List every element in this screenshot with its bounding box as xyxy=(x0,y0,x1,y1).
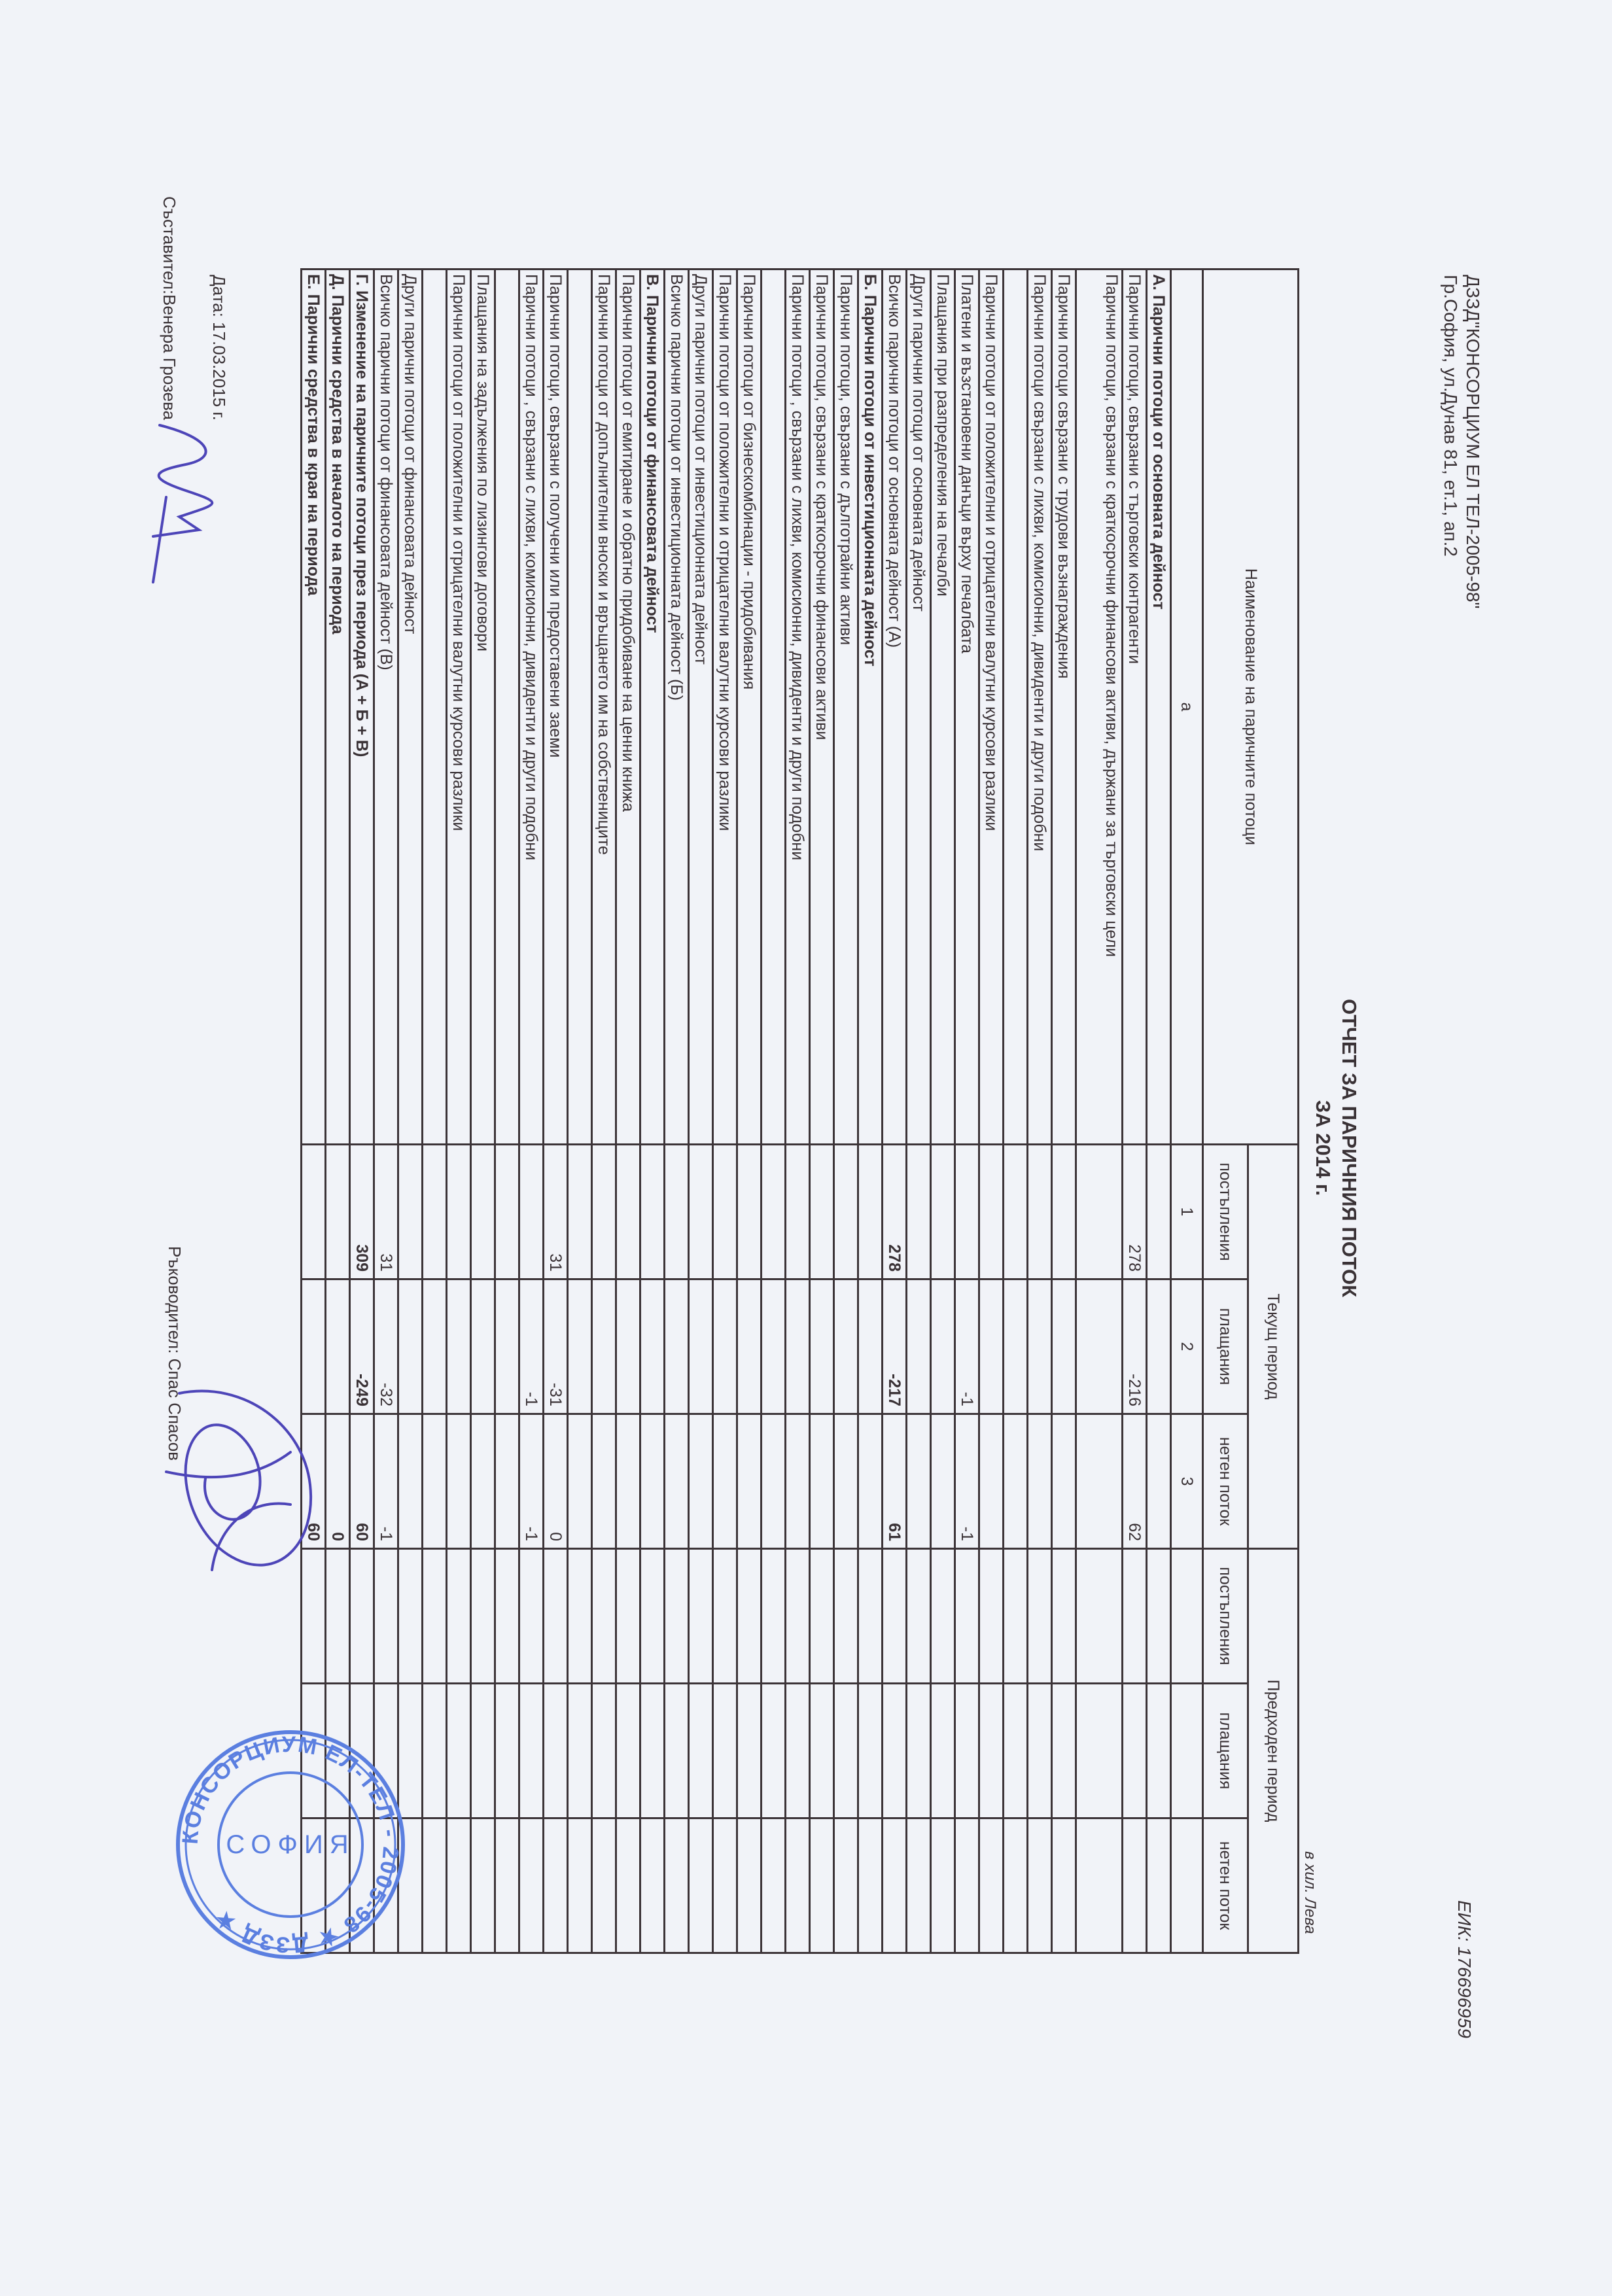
row-value xyxy=(931,1549,955,1684)
row-value: 60 xyxy=(350,1414,374,1549)
row-label: Парични потоци от бизнескомбинации - при… xyxy=(737,270,762,1145)
row-value xyxy=(858,1414,883,1549)
column-index: 3 xyxy=(1171,1414,1203,1549)
report-date: Дата: 17.03.2015 г. xyxy=(209,275,229,421)
row-value xyxy=(1028,1145,1052,1279)
table-row: Всичко парични потоци от инвестиционната… xyxy=(665,270,689,1953)
table-row: Парични потоци, свързани с краткосрочни … xyxy=(1076,270,1123,1953)
row-label: Г. Изменение на паричните потоци през пе… xyxy=(350,270,374,1145)
column-index xyxy=(1171,1818,1203,1953)
row-label: Други парични потоци от финансовата дейн… xyxy=(398,270,423,1145)
row-value xyxy=(810,1279,834,1414)
row-value xyxy=(471,1549,495,1684)
row-value xyxy=(737,1145,762,1279)
row-value xyxy=(519,1145,544,1279)
row-value xyxy=(568,1818,592,1953)
row-value xyxy=(640,1818,665,1953)
row-value xyxy=(471,1684,495,1818)
row-value xyxy=(616,1549,640,1684)
row-label: Плащания на задължения по лизингови дого… xyxy=(471,270,495,1145)
row-value xyxy=(495,1145,519,1279)
row-value xyxy=(979,1549,1004,1684)
row-label: Парични потоци, свързани с краткосрочни … xyxy=(810,270,834,1145)
column-index xyxy=(1171,1684,1203,1818)
row-value xyxy=(907,1818,931,1953)
report-title: ОТЧЕТ ЗА ПАРИЧНИЯ ПОТОК ЗА 2014 г. xyxy=(1310,0,1362,2296)
row-value xyxy=(471,1818,495,1953)
row-label: Д. Парични средства в началото на период… xyxy=(326,270,350,1145)
row-value xyxy=(689,1279,713,1414)
row-value xyxy=(1028,1279,1052,1414)
row-value xyxy=(1076,1279,1123,1414)
row-value xyxy=(1147,1145,1171,1279)
row-value xyxy=(689,1414,713,1549)
row-value xyxy=(689,1818,713,1953)
row-label: Б. Парични потоци от инвестиционната дей… xyxy=(858,270,883,1145)
row-value: -249 xyxy=(350,1279,374,1414)
row-value xyxy=(713,1818,737,1953)
table-row xyxy=(762,270,786,1953)
row-value xyxy=(1123,1684,1147,1818)
table-row: Парични потоци от емитиране и обратно пр… xyxy=(616,270,640,1953)
row-value xyxy=(640,1549,665,1684)
row-value: 278 xyxy=(883,1145,907,1279)
row-label: Всичко парични потоци от инвестиционната… xyxy=(665,270,689,1145)
row-value xyxy=(1028,1549,1052,1684)
row-value xyxy=(398,1145,423,1279)
table-row: А. Парични потоци от основната дейност xyxy=(1147,270,1171,1953)
row-value xyxy=(326,1145,350,1279)
row-value xyxy=(1004,1145,1028,1279)
row-value xyxy=(883,1549,907,1684)
table-row: Б. Парични потоци от инвестиционната дей… xyxy=(858,270,883,1953)
row-value xyxy=(374,1549,398,1684)
row-value xyxy=(810,1818,834,1953)
table-row: Парични потоци свързани с лихви, комисио… xyxy=(1028,270,1052,1953)
row-value xyxy=(495,1549,519,1684)
row-label xyxy=(423,270,447,1145)
column-index: 1 xyxy=(1171,1145,1203,1279)
row-value xyxy=(737,1818,762,1953)
row-value xyxy=(1147,1414,1171,1549)
row-value xyxy=(1076,1818,1123,1953)
row-value xyxy=(447,1279,471,1414)
row-value xyxy=(931,1279,955,1414)
table-row: Парични потоци от положителни и отрицате… xyxy=(713,270,737,1953)
table-row: Парични потоци от положителни и отрицате… xyxy=(979,270,1004,1953)
row-value xyxy=(737,1279,762,1414)
row-value xyxy=(858,1818,883,1953)
row-value xyxy=(883,1818,907,1953)
row-value xyxy=(834,1818,858,1953)
manager-signature-icon xyxy=(153,1374,330,1590)
row-value xyxy=(955,1145,979,1279)
row-label: Парични потоци, свързани с краткосрочни … xyxy=(1076,270,1123,1145)
row-label: Е. Парични средства в края на периода xyxy=(302,270,326,1145)
table-row: Всичко парични потоци от основната дейно… xyxy=(883,270,907,1953)
row-value xyxy=(955,1549,979,1684)
table-row: Парични потоци , свързани с лихви, комис… xyxy=(519,270,544,1953)
row-value xyxy=(810,1684,834,1818)
row-value xyxy=(979,1414,1004,1549)
column-subheader: нетен поток xyxy=(1203,1818,1248,1953)
row-value xyxy=(689,1549,713,1684)
row-value xyxy=(1004,1684,1028,1818)
row-value xyxy=(665,1414,689,1549)
row-value: 309 xyxy=(350,1145,374,1279)
compiler-name: Съставител:Венера Грозева xyxy=(159,196,179,420)
row-value xyxy=(1004,1414,1028,1549)
row-value: -1 xyxy=(519,1414,544,1549)
row-value xyxy=(592,1549,616,1684)
row-value xyxy=(519,1549,544,1684)
row-value xyxy=(665,1145,689,1279)
row-label: Парични потоци от емитиране и обратно пр… xyxy=(616,270,640,1145)
row-value xyxy=(640,1684,665,1818)
row-value xyxy=(713,1684,737,1818)
row-value: -1 xyxy=(519,1279,544,1414)
row-value xyxy=(907,1279,931,1414)
compiler-signature-icon xyxy=(133,419,225,589)
row-label: Парични потоци от положителни и отрицате… xyxy=(979,270,1004,1145)
row-value xyxy=(931,1414,955,1549)
column-index: а xyxy=(1171,270,1203,1145)
row-label: Други парични потоци от основната дейнос… xyxy=(907,270,931,1145)
row-value xyxy=(568,1145,592,1279)
row-value xyxy=(786,1549,810,1684)
row-value xyxy=(350,1549,374,1684)
cash-flow-statement-page: ДЗЗД"КОНСОРЦИУМ ЕЛ ТЕЛ-2005-98" Гр.София… xyxy=(0,0,1612,2296)
row-value: -216 xyxy=(1123,1279,1147,1414)
row-value: -32 xyxy=(374,1279,398,1414)
row-value xyxy=(858,1549,883,1684)
row-value xyxy=(762,1549,786,1684)
column-subheader: плащания xyxy=(1203,1279,1248,1414)
row-value: 278 xyxy=(1123,1145,1147,1279)
row-label: Парични потоци свързани с трудови възнаг… xyxy=(1052,270,1076,1145)
row-value xyxy=(592,1145,616,1279)
row-value xyxy=(979,1279,1004,1414)
row-label: Парични потоци от допълнителни вноски и … xyxy=(592,270,616,1145)
company-stamp-icon: КОНСОРЦИУМ ЕЛ-ТЕЛ - 2005-98 ★ ДЗЗД ★ СОФ… xyxy=(173,1727,408,1962)
row-value xyxy=(834,1549,858,1684)
previous-period-header: Предходен период xyxy=(1248,1549,1299,1953)
table-row xyxy=(423,270,447,1953)
row-label xyxy=(762,270,786,1145)
row-value xyxy=(1028,1414,1052,1549)
row-value: -1 xyxy=(955,1414,979,1549)
table-row: Платени и възстановени данъци върху печа… xyxy=(955,270,979,1953)
row-value xyxy=(1147,1818,1171,1953)
row-value xyxy=(762,1684,786,1818)
row-value xyxy=(544,1818,568,1953)
row-label xyxy=(568,270,592,1145)
row-value xyxy=(665,1279,689,1414)
column-subheader: постъпления xyxy=(1203,1145,1248,1279)
row-value: -1 xyxy=(374,1414,398,1549)
row-value xyxy=(447,1145,471,1279)
row-value xyxy=(398,1279,423,1414)
table-row: Парични потоци от бизнескомбинации - при… xyxy=(737,270,762,1953)
row-value xyxy=(1052,1684,1076,1818)
row-value xyxy=(568,1549,592,1684)
column-subheader: плащания xyxy=(1203,1684,1248,1818)
row-value xyxy=(762,1414,786,1549)
row-value xyxy=(447,1684,471,1818)
row-value xyxy=(1147,1279,1171,1414)
row-value xyxy=(1004,1818,1028,1953)
row-value xyxy=(810,1414,834,1549)
table-row: Плащания на задължения по лизингови дого… xyxy=(471,270,495,1953)
row-value xyxy=(592,1279,616,1414)
row-value xyxy=(786,1818,810,1953)
name-column-header: Наименование на паричните потоци xyxy=(1203,270,1299,1145)
row-value xyxy=(1076,1684,1123,1818)
table-row: Плащания при разпределения на печалби xyxy=(931,270,955,1953)
row-value xyxy=(979,1684,1004,1818)
table-row: Парични потоци, свързани с дълготрайни а… xyxy=(834,270,858,1953)
row-value: -217 xyxy=(883,1279,907,1414)
row-value xyxy=(423,1145,447,1279)
row-value xyxy=(471,1145,495,1279)
row-value xyxy=(302,1145,326,1279)
row-value xyxy=(398,1414,423,1549)
row-label: Парични потоци, свързани с дълготрайни а… xyxy=(834,270,858,1145)
company-address: Гр.София, ул.Дунав 81, ет.1, ап.2 xyxy=(1439,275,1462,608)
table-row: Д. Парични средства в началото на период… xyxy=(326,270,350,1953)
row-value xyxy=(931,1684,955,1818)
row-value xyxy=(568,1414,592,1549)
table-row: Парични потоци свързани с трудови възнаг… xyxy=(1052,270,1076,1953)
row-value xyxy=(955,1684,979,1818)
eik-number: ЕИК: 176696959 xyxy=(1454,1900,1475,2038)
row-label: Парични потоци , свързани с лихви, комис… xyxy=(786,270,810,1145)
row-value xyxy=(1052,1145,1076,1279)
row-value xyxy=(907,1684,931,1818)
row-value xyxy=(640,1279,665,1414)
row-value xyxy=(1028,1684,1052,1818)
current-period-header: Текущ период xyxy=(1248,1145,1299,1549)
row-value xyxy=(713,1549,737,1684)
company-name: ДЗЗД"КОНСОРЦИУМ ЕЛ ТЕЛ-2005-98" xyxy=(1462,275,1484,608)
row-label: Парични потоци от положителни и отрицате… xyxy=(713,270,737,1145)
row-value xyxy=(1028,1818,1052,1953)
row-value xyxy=(1004,1549,1028,1684)
row-value xyxy=(471,1279,495,1414)
row-value xyxy=(689,1145,713,1279)
table-row: Г. Изменение на паричните потоци през пе… xyxy=(350,270,374,1953)
row-value xyxy=(447,1414,471,1549)
stamp-inner-text: СОФИЯ xyxy=(226,1830,355,1859)
row-value xyxy=(592,1818,616,1953)
row-label: Всичко парични потоци от основната дейно… xyxy=(883,270,907,1145)
table-row: Е. Парични средства в края на периода60 xyxy=(302,270,326,1953)
table-row: Парични потоци, свързани с краткосрочни … xyxy=(810,270,834,1953)
row-value xyxy=(616,1684,640,1818)
row-value xyxy=(979,1145,1004,1279)
row-value xyxy=(979,1818,1004,1953)
row-value xyxy=(665,1549,689,1684)
row-value xyxy=(810,1549,834,1684)
column-subheader: постъпления xyxy=(1203,1549,1248,1684)
row-value xyxy=(834,1279,858,1414)
row-value xyxy=(447,1549,471,1684)
row-value xyxy=(1004,1279,1028,1414)
row-value xyxy=(786,1279,810,1414)
row-value xyxy=(568,1279,592,1414)
row-value xyxy=(423,1279,447,1414)
row-value xyxy=(1123,1549,1147,1684)
table-row xyxy=(495,270,519,1953)
row-value xyxy=(834,1145,858,1279)
currency-units: в хил. Лева xyxy=(1301,1851,1319,1934)
row-label: Плащания при разпределения на печалби xyxy=(931,270,955,1145)
row-value xyxy=(713,1279,737,1414)
row-value xyxy=(713,1145,737,1279)
row-value xyxy=(544,1549,568,1684)
row-value xyxy=(495,1279,519,1414)
row-value xyxy=(858,1279,883,1414)
row-value: -1 xyxy=(955,1279,979,1414)
table-row: Други парични потоци от финансовата дейн… xyxy=(398,270,423,1953)
table-row: Парични потоци , свързани с лихви, комис… xyxy=(786,270,810,1953)
row-value xyxy=(665,1818,689,1953)
row-value: 31 xyxy=(374,1145,398,1279)
row-label: Платени и възстановени данъци върху печа… xyxy=(955,270,979,1145)
table-row: Парични потоци от допълнителни вноски и … xyxy=(592,270,616,1953)
row-value xyxy=(931,1145,955,1279)
row-value xyxy=(423,1818,447,1953)
row-value: 31 xyxy=(544,1145,568,1279)
row-label: Парични потоци свързани с лихви, комисио… xyxy=(1028,270,1052,1145)
table-row: Парични потоци, свързани с получени или … xyxy=(544,270,568,1953)
row-value xyxy=(1052,1414,1076,1549)
row-value xyxy=(519,1684,544,1818)
cash-flow-table: Наименование на паричните потоци Текущ п… xyxy=(300,268,1299,1954)
row-value xyxy=(616,1279,640,1414)
column-index: 2 xyxy=(1171,1279,1203,1414)
row-value xyxy=(689,1684,713,1818)
row-value xyxy=(495,1414,519,1549)
row-value xyxy=(1052,1549,1076,1684)
row-label: А. Парични потоци от основната дейност xyxy=(1147,270,1171,1145)
row-value: 62 xyxy=(1123,1414,1147,1549)
row-value xyxy=(907,1145,931,1279)
table-row xyxy=(1004,270,1028,1953)
row-label: Парични потоци, свързани с търговски кон… xyxy=(1123,270,1147,1145)
table-row: Парични потоци, свързани с търговски кон… xyxy=(1123,270,1147,1953)
table-row xyxy=(568,270,592,1953)
row-value xyxy=(592,1414,616,1549)
row-label xyxy=(495,270,519,1145)
table-row: Други парични потоци от инвестиционната … xyxy=(689,270,713,1953)
row-value xyxy=(616,1414,640,1549)
row-value xyxy=(1147,1549,1171,1684)
row-value xyxy=(883,1684,907,1818)
report-title-line1: ОТЧЕТ ЗА ПАРИЧНИЯ ПОТОК xyxy=(1336,0,1362,2296)
row-value xyxy=(786,1684,810,1818)
row-label: Парични потоци от положителни и отрицате… xyxy=(447,270,471,1145)
row-value xyxy=(1052,1818,1076,1953)
row-value xyxy=(616,1818,640,1953)
row-value xyxy=(519,1818,544,1953)
row-value xyxy=(955,1818,979,1953)
row-value xyxy=(471,1414,495,1549)
row-value xyxy=(737,1414,762,1549)
row-value xyxy=(423,1684,447,1818)
row-value xyxy=(447,1818,471,1953)
column-index xyxy=(1171,1549,1203,1684)
table-row: В. Парични потоци от финансовата дейност xyxy=(640,270,665,1953)
row-value xyxy=(762,1145,786,1279)
table-row: Други парични потоци от основната дейнос… xyxy=(907,270,931,1953)
row-value xyxy=(834,1684,858,1818)
column-subheader: нетен поток xyxy=(1203,1414,1248,1549)
row-value: 0 xyxy=(544,1414,568,1549)
row-value xyxy=(737,1684,762,1818)
row-value xyxy=(616,1145,640,1279)
row-value xyxy=(640,1145,665,1279)
row-value xyxy=(786,1145,810,1279)
row-value xyxy=(713,1414,737,1549)
row-value xyxy=(907,1549,931,1684)
row-value xyxy=(834,1414,858,1549)
row-value xyxy=(665,1684,689,1818)
row-value xyxy=(786,1414,810,1549)
row-value xyxy=(931,1818,955,1953)
row-value xyxy=(423,1414,447,1549)
row-label: Парични потоци, свързани с получени или … xyxy=(544,270,568,1145)
row-label xyxy=(1004,270,1028,1145)
row-value xyxy=(762,1818,786,1953)
row-value xyxy=(858,1145,883,1279)
row-label: Парични потоци , свързани с лихви, комис… xyxy=(519,270,544,1145)
row-value xyxy=(858,1684,883,1818)
row-value xyxy=(762,1279,786,1414)
row-value xyxy=(398,1549,423,1684)
report-title-line2: ЗА 2014 г. xyxy=(1310,0,1336,2296)
row-value xyxy=(1147,1684,1171,1818)
row-label: В. Парични потоци от финансовата дейност xyxy=(640,270,665,1145)
row-value xyxy=(737,1549,762,1684)
row-value xyxy=(495,1818,519,1953)
row-value xyxy=(1076,1145,1123,1279)
company-header: ДЗЗД"КОНСОРЦИУМ ЕЛ ТЕЛ-2005-98" Гр.София… xyxy=(1439,275,1484,608)
row-value xyxy=(640,1414,665,1549)
row-value xyxy=(495,1684,519,1818)
table-row: Всичко парични потоци от финансовата дей… xyxy=(374,270,398,1953)
row-label: Всичко парични потоци от финансовата дей… xyxy=(374,270,398,1145)
row-value xyxy=(568,1684,592,1818)
row-label: Други парични потоци от инвестиционната … xyxy=(689,270,713,1145)
row-value: 61 xyxy=(883,1414,907,1549)
row-value xyxy=(1123,1818,1147,1953)
row-value xyxy=(592,1684,616,1818)
row-value xyxy=(544,1684,568,1818)
row-value xyxy=(1076,1414,1123,1549)
row-value xyxy=(1052,1279,1076,1414)
row-value xyxy=(423,1549,447,1684)
row-value xyxy=(810,1145,834,1279)
row-value xyxy=(1076,1549,1123,1684)
table-row: Парични потоци от положителни и отрицате… xyxy=(447,270,471,1953)
row-value xyxy=(907,1414,931,1549)
row-value: -31 xyxy=(544,1279,568,1414)
